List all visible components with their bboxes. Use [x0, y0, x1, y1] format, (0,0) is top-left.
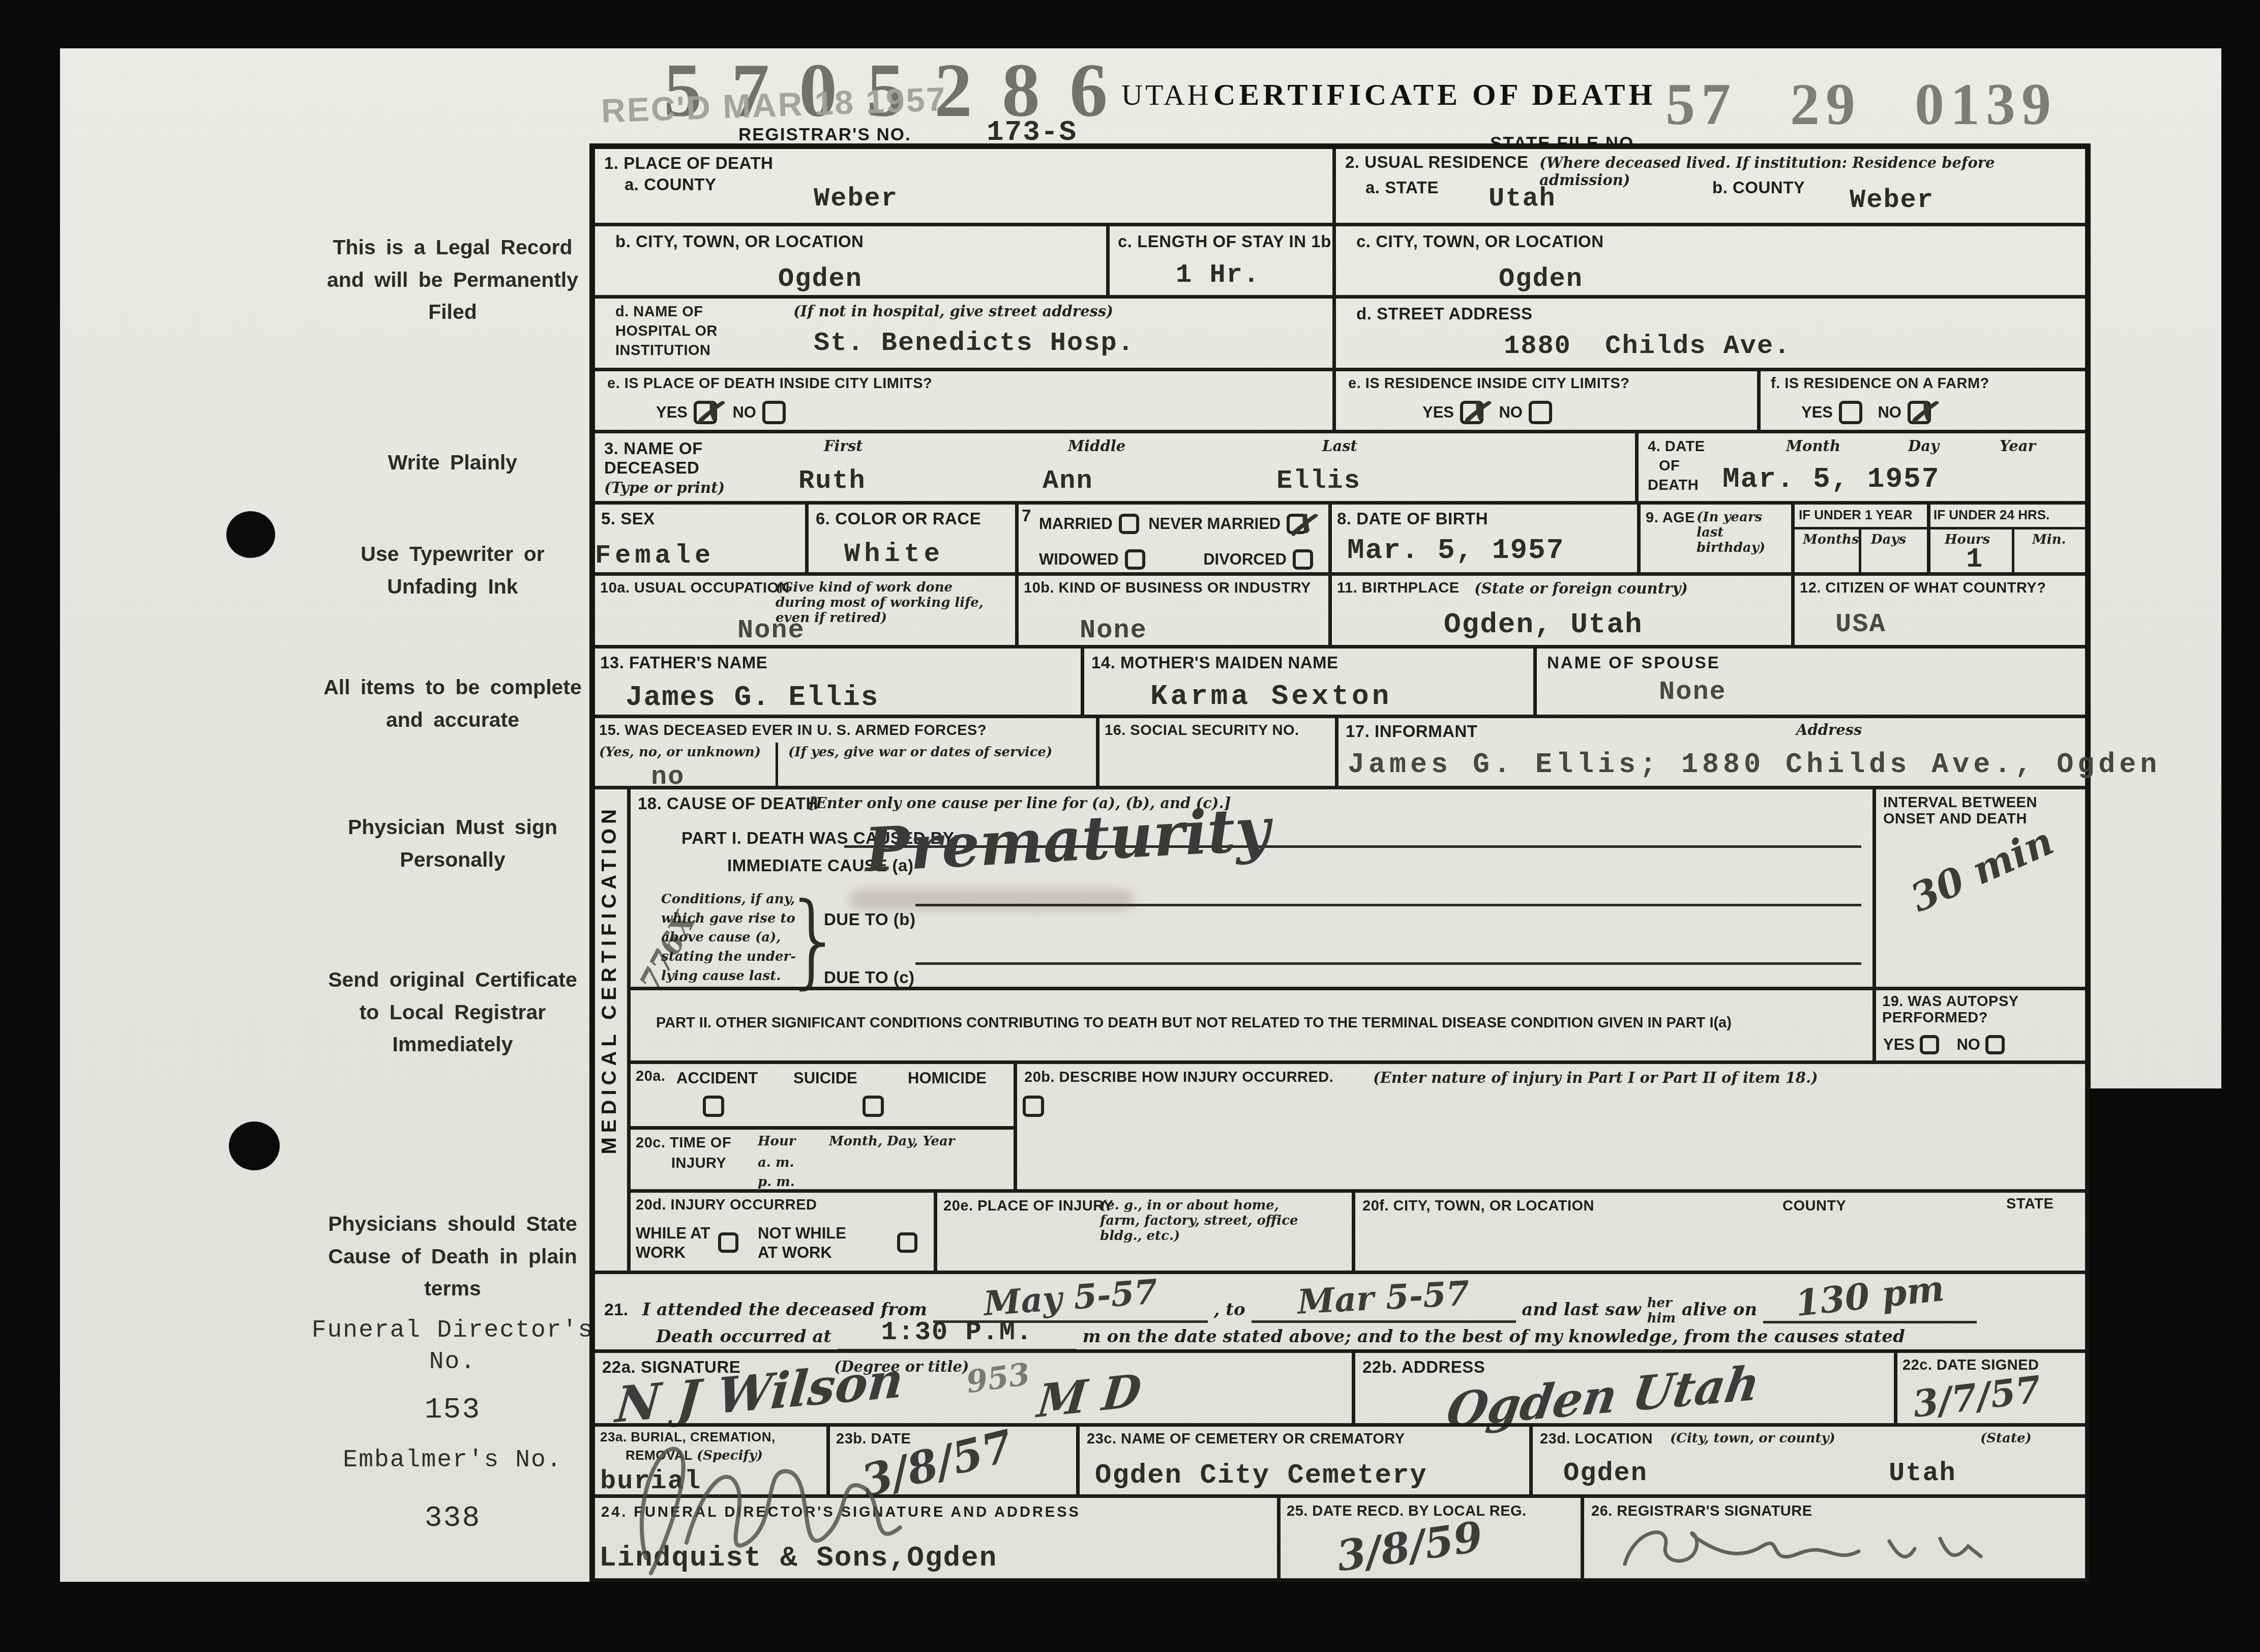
- cemetery-value: Ogden City Cemetery: [1095, 1462, 1428, 1490]
- field-label: 3. NAME OF: [604, 439, 703, 458]
- field-age: 9. AGE (In years last birthday): [1637, 501, 1791, 572]
- field-label: 10a. USUAL OCCUPATION: [600, 580, 790, 596]
- field-marital-status: 7 MARRIED NEVER MARRIED✗ WIDOWED DIVORCE…: [1015, 501, 1328, 572]
- yes-label: YES: [656, 403, 688, 421]
- checkbox-married: [1119, 514, 1139, 534]
- field-label: 19. WAS AUTOPSY PERFORMED?: [1882, 993, 2019, 1026]
- margin-note-physician-sign: Physician Must sign Personally: [315, 811, 590, 876]
- not-while-label2: AT WORK: [758, 1244, 832, 1262]
- informant-value: James G. Ellis; 1880 Childs Ave., Ogden: [1348, 751, 2161, 779]
- field-cause-of-death: 18. CAUSE OF DEATH [Enter only one cause…: [631, 786, 1872, 987]
- field-label: d. NAME OF: [615, 304, 703, 320]
- days-header: Days: [1871, 532, 1906, 547]
- hours-value: 1: [1966, 546, 1983, 574]
- never-married-label: NEVER MARRIED: [1148, 515, 1281, 533]
- scan-black-region-right: [2089, 1088, 2260, 1652]
- field-label: 4. DATE: [1648, 438, 1705, 455]
- checkbox-not-while-at-work: [897, 1232, 917, 1253]
- field-hint: (If yes, give war or dates of service): [788, 745, 1052, 760]
- field-hint: (State or foreign country): [1474, 580, 1688, 597]
- state-value: Utah: [1489, 186, 1556, 212]
- field-label: 23c. NAME OF CEMETERY OR CREMATORY: [1087, 1431, 1405, 1447]
- due-to-b-line: [915, 904, 1861, 906]
- middle-header: Middle: [1068, 437, 1125, 455]
- widowed-label: WIDOWED: [1039, 550, 1119, 568]
- margin-note-typewriter: Use Typewriter or Unfading Ink: [315, 538, 590, 603]
- attended-line-2: Death occurred at 1:30 P.M. m on the dat…: [656, 1322, 1905, 1351]
- hour-header: Hour: [758, 1134, 796, 1149]
- ink-smudge: [849, 889, 1134, 910]
- embalmer-no: 338: [300, 1499, 605, 1538]
- checkbox-res-city-no: [1529, 401, 1552, 424]
- field-label: 14. MOTHER'S MAIDEN NAME: [1091, 654, 1339, 672]
- field-label: a. COUNTY: [625, 175, 717, 194]
- while-at-work-label: WHILE AT: [636, 1224, 710, 1243]
- field-time-of-injury: 20c. TIME OF INJURY Hour a. m. p. m. Mon…: [631, 1126, 1014, 1189]
- checkbox-farm-yes: [1839, 401, 1862, 424]
- yes-label: YES: [1801, 403, 1833, 421]
- alive-time-slot: 130 pm: [1763, 1285, 1977, 1323]
- field-hospital: d. NAME OF HOSPITAL OR INSTITUTION (If n…: [595, 295, 1332, 368]
- field-residence-inside-city-limits: e. IS RESIDENCE INSIDE CITY LIMITS? YES✗…: [1332, 368, 1757, 430]
- field-label: 20d. INJURY OCCURRED: [636, 1197, 817, 1213]
- field-informant: 17. INFORMANT Address James G. Ellis; 18…: [1335, 715, 2085, 786]
- field-street-address: d. STREET ADDRESS 1880 Childs Ave.: [1332, 295, 2085, 368]
- x-mark: ✗: [1908, 392, 1938, 432]
- field-label: 23d. LOCATION: [1540, 1431, 1653, 1447]
- field-label: b. COUNTY: [1712, 179, 1805, 197]
- field-birthplace: 11. BIRTHPLACE (State or foreign country…: [1328, 572, 1791, 645]
- field-label: 24. FUNERAL DIRECTOR'S SIGNATURE AND ADD…: [601, 1504, 1081, 1520]
- field-label: OF: [1659, 458, 1680, 474]
- field-injury-city: 20f. CITY, TOWN, OR LOCATION COUNTY STAT…: [1352, 1189, 2085, 1271]
- burial-value: burial: [600, 1468, 701, 1495]
- pm-label: p. m.: [758, 1174, 795, 1190]
- field-label: DECEASED: [604, 459, 699, 478]
- field-number: 20a.: [636, 1068, 665, 1084]
- field-business-industry: 10b. KIND OF BUSINESS OR INDUSTRY None: [1015, 572, 1328, 645]
- field-describe-injury: 20b. DESCRIBE HOW INJURY OCCURRED. (Ente…: [1014, 1060, 2085, 1189]
- checkbox-group: YES NO✗: [1801, 401, 1944, 424]
- funeral-director-no: 153: [300, 1391, 605, 1429]
- registrar-signature-scribble: [1615, 1518, 2001, 1579]
- last-header: Last: [1322, 437, 1357, 455]
- field-label: DEATH: [1648, 477, 1699, 493]
- field-sex: 5. SEX Female: [595, 501, 805, 572]
- field-label: 23a. BURIAL, CREMATION,: [600, 1430, 776, 1444]
- field-color-or-race: 6. COLOR OR RACE White: [805, 501, 1015, 572]
- conditions-note: Conditions, if any, which gave rise to a…: [661, 890, 796, 986]
- state-header: STATE: [2006, 1196, 2054, 1212]
- no-label: NO: [1956, 1036, 1980, 1053]
- field-residence-city: c. CITY, TOWN, OR LOCATION Ogden: [1332, 223, 2085, 295]
- field-label: INTERVAL BETWEEN ONSET AND DEATH: [1883, 794, 2037, 828]
- checkbox-widowed: [1125, 549, 1145, 570]
- fathers-name-value: James G. Ellis: [626, 683, 879, 712]
- margin-note-plain-terms: Physicians should State Cause of Death i…: [315, 1208, 590, 1305]
- death-occurred-text: Death occurred at: [656, 1326, 831, 1347]
- homicide-label: HOMICIDE: [908, 1069, 987, 1087]
- field-label: a. STATE: [1365, 179, 1439, 197]
- registrar-no-value: 173-S: [987, 118, 1077, 146]
- field-social-security-no: 16. SOCIAL SECURITY NO.: [1096, 715, 1335, 786]
- field-citizen: 12. CITIZEN OF WHAT COUNTRY? USA: [1791, 572, 2085, 645]
- field-fathers-name: 13. FATHER'S NAME James G. Ellis: [595, 645, 1081, 715]
- margin-note-legal-record: This is a Legal Record and will be Perma…: [315, 231, 590, 329]
- yes-label: YES: [1422, 403, 1454, 421]
- field-name-of-spouse: NAME OF SPOUSE None: [1533, 645, 2085, 715]
- field-burial-location: 23d. LOCATION (City, town, or county) (S…: [1529, 1423, 2085, 1494]
- field-label: IF UNDER 1 YEAR: [1799, 508, 1912, 522]
- statement-text: m on the date stated above; and to the b…: [1083, 1326, 1905, 1347]
- field-if-under-24-hrs: IF UNDER 24 HRS. Hours Min. 1: [1927, 501, 2085, 572]
- field-label: 6. COLOR OR RACE: [816, 510, 981, 528]
- her-him-stack: herhim: [1647, 1295, 1676, 1326]
- no-label: NO: [1878, 403, 1901, 421]
- field-hint: (Type or print): [604, 479, 725, 496]
- hole-punch-top: [226, 511, 275, 558]
- field-label: 2. USUAL RESIDENCE: [1345, 153, 1528, 172]
- field-burial-date: 23b. DATE 3/8/57: [826, 1423, 1076, 1494]
- date-of-death-value: Mar. 5, 1957: [1722, 465, 1940, 493]
- am-label: a. m.: [758, 1155, 794, 1170]
- while-at-work-label2: WORK: [636, 1244, 686, 1262]
- field-physician-signature: 22a. SIGNATURE (Degree or title) N J Wil…: [595, 1349, 1352, 1423]
- field-date-of-death: 4. DATE OF DEATH Month Day Year Mar. 5, …: [1635, 430, 2085, 501]
- checkbox-group: YES NO: [1883, 1035, 2005, 1054]
- burial-state-value: Utah: [1889, 1460, 1956, 1487]
- certificate-title: UTAH CERTIFICATE OF DEATH: [1121, 77, 1656, 112]
- x-mark: ✗: [1460, 392, 1490, 432]
- field-label: HOSPITAL OR: [615, 323, 718, 339]
- field-autopsy: 19. WAS AUTOPSY PERFORMED? YES NO: [1872, 987, 2085, 1060]
- min-header: Min.: [2032, 532, 2066, 547]
- citizen-value: USA: [1835, 611, 1886, 638]
- suicide-label: SUICIDE: [793, 1069, 857, 1087]
- checkbox-farm-no: ✗: [1908, 401, 1931, 424]
- field-label: 12. CITIZEN OF WHAT COUNTRY?: [1800, 580, 2046, 596]
- field-usual-residence: 2. USUAL RESIDENCE (Where deceased lived…: [1332, 149, 2085, 223]
- field-label: 13. FATHER'S NAME: [600, 654, 767, 672]
- yes-label: YES: [1883, 1036, 1915, 1053]
- field-label: 20f. CITY, TOWN, OR LOCATION: [1362, 1198, 1594, 1214]
- certificate-form: 1. PLACE OF DEATH a. COUNTY Weber 2. USU…: [595, 149, 2085, 1578]
- accident-label: ACCIDENT: [676, 1069, 758, 1087]
- county-value: Weber: [814, 186, 898, 212]
- address-header: Address: [1796, 721, 1862, 739]
- field-length-of-stay: c. LENGTH OF STAY IN 1b 1 Hr.: [1106, 223, 1332, 295]
- last-saw-text: and last saw: [1522, 1300, 1641, 1320]
- scan-black-region-bottom: [0, 1582, 2260, 1652]
- medical-certification-label: MEDICAL CERTIFICATION: [598, 805, 621, 1155]
- attended-to-value: Mar 5-57: [1297, 1276, 1471, 1319]
- middle-name-value: Ann: [1043, 468, 1093, 494]
- field-usual-occupation: 10a. USUAL OCCUPATION (Give kind of work…: [595, 572, 1015, 645]
- month-day-year-header: Month, Day, Year: [829, 1134, 955, 1149]
- field-injury-occurred: 20d. INJURY OCCURRED WHILE AT WORK NOT W…: [631, 1189, 934, 1271]
- occupation-value: None: [737, 617, 805, 644]
- residence-county-value: Weber: [1850, 187, 1934, 214]
- x-mark: ✗: [694, 392, 724, 432]
- field-label: e. IS PLACE OF DEATH INSIDE CITY LIMITS?: [607, 375, 932, 392]
- divorced-label: DIVORCED: [1203, 550, 1287, 568]
- sex-value: Female: [595, 543, 715, 569]
- part2-label: PART II. OTHER SIGNIFICANT CONDITIONS CO…: [656, 1015, 1856, 1031]
- alive-time-value: 130 pm: [1794, 1271, 1946, 1321]
- burial-city-value: Ogden: [1563, 1460, 1648, 1487]
- date-signed-value: 3/7/57: [1911, 1371, 2043, 1423]
- funeral-director-no-label: Funeral Director's No.: [300, 1315, 605, 1378]
- months-header: Months: [1803, 532, 1859, 547]
- no-label: NO: [1499, 403, 1523, 421]
- state-file-no-stamp: 57 29 0139: [1666, 71, 2057, 139]
- field-label: f. IS RESIDENCE ON A FARM?: [1771, 375, 1989, 392]
- field-burial-type: 23a. BURIAL, CREMATION, REMOVAL (Specify…: [595, 1423, 826, 1494]
- checkbox-autopsy-no: [1985, 1035, 2005, 1054]
- field-armed-forces: 15. WAS DECEASED EVER IN U. S. ARMED FOR…: [595, 715, 1096, 786]
- residence-city-value: Ogden: [1499, 266, 1583, 292]
- month-header: Month: [1786, 437, 1840, 455]
- date-of-birth-value: Mar. 5, 1957: [1347, 536, 1564, 565]
- checkbox-group: YES✗ NO: [1422, 401, 1565, 424]
- her-label: her: [1647, 1295, 1676, 1311]
- margin-note-send-original: Send original Certificate to Local Regis…: [315, 964, 590, 1061]
- embalmer-no-label: Embalmer's No.: [300, 1444, 605, 1476]
- field-label: 8. DATE OF BIRTH: [1337, 510, 1488, 528]
- length-of-stay-value: 1 Hr.: [1176, 262, 1260, 288]
- field-residence-on-farm: f. IS RESIDENCE ON A FARM? YES NO✗: [1757, 368, 2085, 430]
- field-label: 22b. ADDRESS: [1362, 1358, 1485, 1377]
- state-hint: (State): [1980, 1431, 2032, 1446]
- field-label: c. CITY, TOWN, OR LOCATION: [1356, 232, 1604, 251]
- checkbox-accident: [703, 1096, 724, 1117]
- field-label: 26. REGISTRAR'S SIGNATURE: [1591, 1503, 1812, 1519]
- field-label: c. LENGTH OF STAY IN 1b: [1118, 232, 1331, 251]
- field-date-of-birth: 8. DATE OF BIRTH Mar. 5, 1957: [1328, 501, 1637, 572]
- physician-degree: M D: [1035, 1368, 1144, 1424]
- field-label: 5. SEX: [601, 510, 655, 528]
- hole-punch-bottom: [229, 1122, 280, 1170]
- no-label: NO: [732, 403, 756, 421]
- business-value: None: [1080, 617, 1147, 644]
- due-to-c-line: [915, 962, 1861, 965]
- married-label: MARRIED: [1039, 515, 1113, 533]
- field-label: 25. DATE RECD. BY LOCAL REG.: [1287, 1503, 1527, 1519]
- field-funeral-director: 24. FUNERAL DIRECTOR'S SIGNATURE AND ADD…: [595, 1494, 1277, 1578]
- margin-note-write-plainly: Write Plainly: [315, 447, 590, 479]
- street-address-value: 1880 Childs Ave.: [1504, 333, 1791, 360]
- marital-row-1: MARRIED NEVER MARRIED✗: [1039, 514, 1307, 534]
- field-hint: (Enter nature of injury in Part I or Par…: [1373, 1069, 1818, 1086]
- field-date-signed: 22c. DATE SIGNED 3/7/57: [1894, 1349, 2085, 1423]
- field-hint: (City, town, or county): [1670, 1431, 1835, 1446]
- divider: [776, 743, 778, 786]
- field-hint: (e. g., in or about home, farm, factory,…: [1100, 1198, 1344, 1244]
- field-label: NAME OF SPOUSE: [1547, 654, 1720, 672]
- field-label: IF UNDER 24 HRS.: [1934, 508, 2049, 522]
- margin-note-complete: All items to be complete and accurate: [315, 671, 590, 736]
- cause-of-death-value: Prematurity: [863, 799, 1271, 880]
- field-label: REMOVAL: [626, 1448, 693, 1463]
- checkbox-while-at-work: [718, 1232, 738, 1253]
- checkbox-suicide: [863, 1096, 884, 1117]
- field-label: 15. WAS DECEASED EVER IN U. S. ARMED FOR…: [599, 722, 987, 739]
- field-accident-suicide-homicide: 20a. ACCIDENT SUICIDE HOMICIDE: [631, 1060, 1014, 1126]
- field-label: 18. CAUSE OF DEATH: [638, 794, 818, 813]
- field-label: 20e. PLACE OF INJURY: [943, 1198, 1113, 1214]
- field-label: INSTITUTION: [615, 342, 711, 359]
- field-label: 20c. TIME OF: [636, 1135, 731, 1151]
- field-if-under-1-year: IF UNDER 1 YEAR Months Days: [1791, 501, 1927, 572]
- physician-number: 953: [964, 1359, 1031, 1398]
- field-label: INJURY: [671, 1155, 726, 1171]
- attended-line-1: 21. I attended the deceased from May 5-5…: [604, 1285, 1977, 1326]
- field-place-of-death: 1. PLACE OF DEATH a. COUNTY Weber: [595, 149, 1332, 223]
- checkbox-group: YES✗ NO: [656, 401, 799, 424]
- field-label: e. IS RESIDENCE INSIDE CITY LIMITS?: [1348, 375, 1630, 392]
- mothers-name-value: Karma Sexton: [1150, 682, 1392, 711]
- field-physician-address: 22b. ADDRESS Ogden Utah: [1352, 1349, 1894, 1423]
- checkbox-death-city-yes: ✗: [694, 401, 717, 424]
- attended-from-value: May 5-57: [983, 1275, 1158, 1320]
- checkbox-death-city-no: [762, 401, 786, 424]
- title-main: CERTIFICATE OF DEATH: [1213, 78, 1656, 111]
- checkbox-autopsy-yes: [1920, 1035, 1939, 1054]
- field-hint: (Where deceased lived. If institution: R…: [1539, 154, 2078, 189]
- field-hint: (Give kind of work done during most of w…: [776, 580, 999, 626]
- funeral-director-value: Lindquist & Sons,Ogden: [599, 1544, 997, 1572]
- field-label: 23b. DATE: [836, 1431, 911, 1447]
- field-label: 17. INFORMANT: [1346, 722, 1478, 741]
- to-word: , to: [1214, 1300, 1245, 1320]
- city-of-death-value: Ogden: [778, 266, 863, 292]
- field-city-of-death: b. CITY, TOWN, OR LOCATION Ogden: [595, 223, 1106, 295]
- race-value: White: [844, 541, 944, 568]
- field-label: 1. PLACE OF DEATH: [604, 154, 773, 173]
- field-hint: (Yes, no, or unknown): [599, 745, 761, 760]
- title-state: UTAH: [1121, 78, 1211, 111]
- first-name-value: Ruth: [798, 468, 866, 494]
- due-to-b-label: DUE TO (b): [824, 910, 915, 929]
- interval-value: 30 min: [1905, 821, 2059, 918]
- field-interval-onset-death: INTERVAL BETWEEN ONSET AND DEATH 30 min: [1872, 786, 2085, 987]
- field-label: 9. AGE: [1646, 510, 1695, 526]
- item-number: 21.: [604, 1300, 628, 1319]
- death-time-slot: 1:30 P.M.: [838, 1322, 1077, 1351]
- field-place-of-injury: 20e. PLACE OF INJURY (e. g., in or about…: [934, 1189, 1352, 1271]
- checkbox-res-city-yes: ✗: [1460, 401, 1483, 424]
- x-mark: ✗: [1287, 505, 1317, 545]
- day-header: Day: [1908, 437, 1939, 455]
- field-hint: (In years last birthday): [1697, 510, 1788, 555]
- checkbox-divorced: [1293, 549, 1313, 570]
- marital-row-2: WIDOWED DIVORCED: [1039, 549, 1313, 570]
- field-label: 16. SOCIAL SECURITY NO.: [1105, 722, 1299, 739]
- date-received-value: 3/8/59: [1334, 1516, 1485, 1577]
- field-date-received: 25. DATE RECD. BY LOCAL REG. 3/8/59: [1277, 1494, 1581, 1578]
- last-name-value: Ellis: [1276, 468, 1361, 494]
- birthplace-value: Ogden, Utah: [1444, 610, 1643, 639]
- year-header: Year: [2000, 437, 2036, 455]
- not-while-label: NOT WHILE: [758, 1224, 846, 1243]
- first-header: First: [824, 437, 863, 455]
- field-number: 7: [1022, 507, 1031, 525]
- field-label: b. CITY, TOWN, OR LOCATION: [615, 232, 864, 251]
- field-death-inside-city-limits: e. IS PLACE OF DEATH INSIDE CITY LIMITS?…: [595, 368, 1332, 430]
- alive-on-text: alive on: [1682, 1300, 1757, 1320]
- field-mothers-maiden-name: 14. MOTHER'S MAIDEN NAME Karma Sexton: [1081, 645, 1533, 715]
- field-label: 10b. KIND OF BUSINESS OR INDUSTRY: [1024, 580, 1311, 596]
- field-attended-statement: 21. I attended the deceased from May 5-5…: [595, 1271, 2085, 1349]
- registrar-no-label: REGISTRAR'S NO.: [738, 125, 911, 145]
- due-to-c-label: DUE TO (c): [824, 968, 915, 987]
- field-cemetery: 23c. NAME OF CEMETERY OR CREMATORY Ogden…: [1076, 1423, 1529, 1494]
- attended-text: I attended the deceased from: [642, 1300, 927, 1320]
- field-label: d. STREET ADDRESS: [1356, 305, 1532, 323]
- divider: [2012, 527, 2014, 572]
- attended-to-slot: Mar 5-57: [1252, 1287, 1516, 1323]
- field-registrar-signature: 26. REGISTRAR'S SIGNATURE: [1581, 1494, 2085, 1578]
- field-name-of-deceased: 3. NAME OF DECEASED (Type or print) Firs…: [595, 430, 1635, 501]
- checkbox-never-married: ✗: [1287, 514, 1307, 534]
- field-hint: (Specify): [697, 1448, 763, 1463]
- county-header: COUNTY: [1782, 1198, 1846, 1214]
- field-hint: (If not in hospital, give street address…: [793, 303, 1113, 320]
- field-label: 11. BIRTHPLACE: [1337, 580, 1460, 596]
- spouse-value: None: [1659, 679, 1727, 705]
- medical-certification-strip: MEDICAL CERTIFICATION: [595, 786, 631, 1271]
- divider: [1930, 527, 2085, 529]
- field-label: 20b. DESCRIBE HOW INJURY OCCURRED.: [1024, 1069, 1333, 1085]
- field-part2-conditions: PART II. OTHER SIGNIFICANT CONDITIONS CO…: [631, 987, 1872, 1060]
- death-time-value: 1:30 P.M.: [881, 1317, 1033, 1347]
- hospital-value: St. Benedicts Hosp.: [814, 330, 1135, 357]
